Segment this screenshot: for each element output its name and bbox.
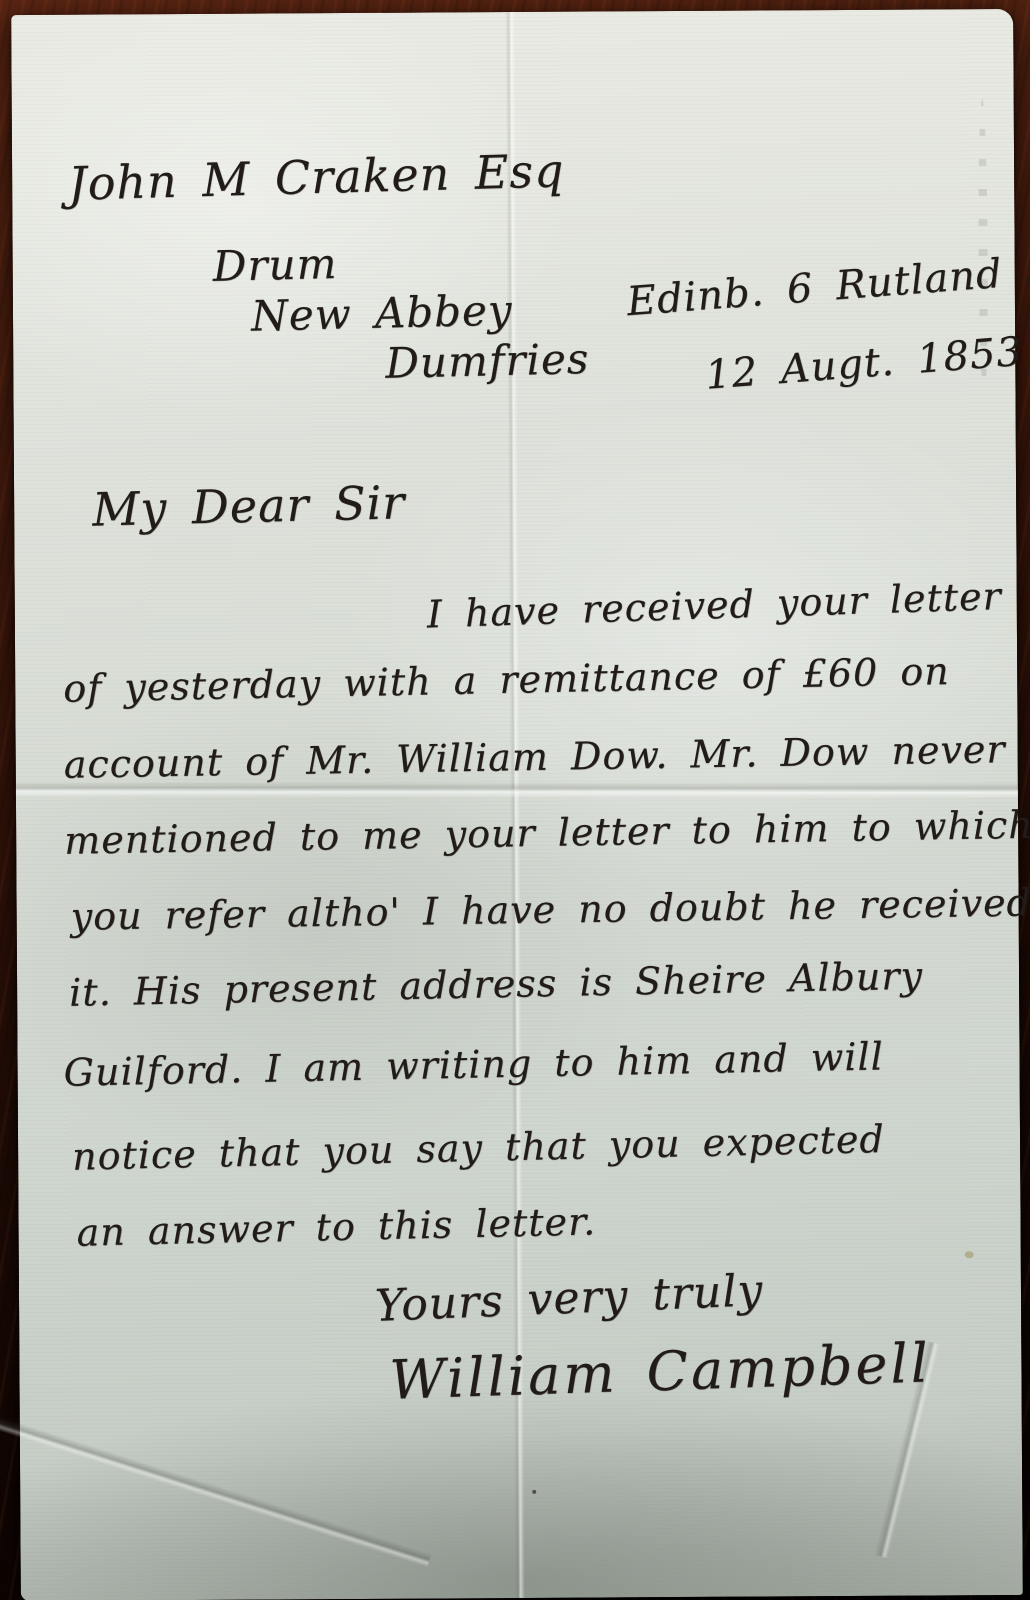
salutation: My Dear Sir [92,475,406,536]
letter-paper-sheet: John M Craken Esq Drum New Abbey Dumfrie… [11,9,1023,1600]
body-line: an answer to this letter. [76,1199,596,1254]
recipient-address-line: New Abbey [250,285,513,340]
dateline-place: Edinb. 6 Rutland Sq [625,245,1030,325]
recipient-name: John M Craken Esq [67,143,565,210]
diagonal-fold-crease-bottom-left [0,1414,431,1567]
recipient-address-line: Drum [212,239,338,291]
signature: William Campbell [388,1331,931,1411]
body-line: mentioned to me your letter to him to wh… [64,803,1030,863]
body-line: I have received your letter [426,574,1002,637]
ink-speck [532,1490,536,1494]
wood-table-background: John M Craken Esq Drum New Abbey Dumfrie… [0,0,1030,1600]
recipient-address-line: Dumfries [385,334,590,388]
body-line: account of Mr. William Dow. Mr. Dow neve… [63,727,1005,787]
dateline-date: 12 Augt. 1853 [704,329,1025,399]
paper-stain [965,1251,974,1258]
closing: Yours very truly [374,1265,764,1332]
body-line: notice that you say that you expected [72,1117,886,1179]
body-line: of yesterday with a remittance of £60 on [63,649,950,711]
body-line: it. His present address is Sheire Albury [69,954,924,1015]
body-line: Guilford. I am writing to him and will [63,1034,884,1094]
body-line: you refer altho' I have no doubt he rece… [70,880,1030,938]
